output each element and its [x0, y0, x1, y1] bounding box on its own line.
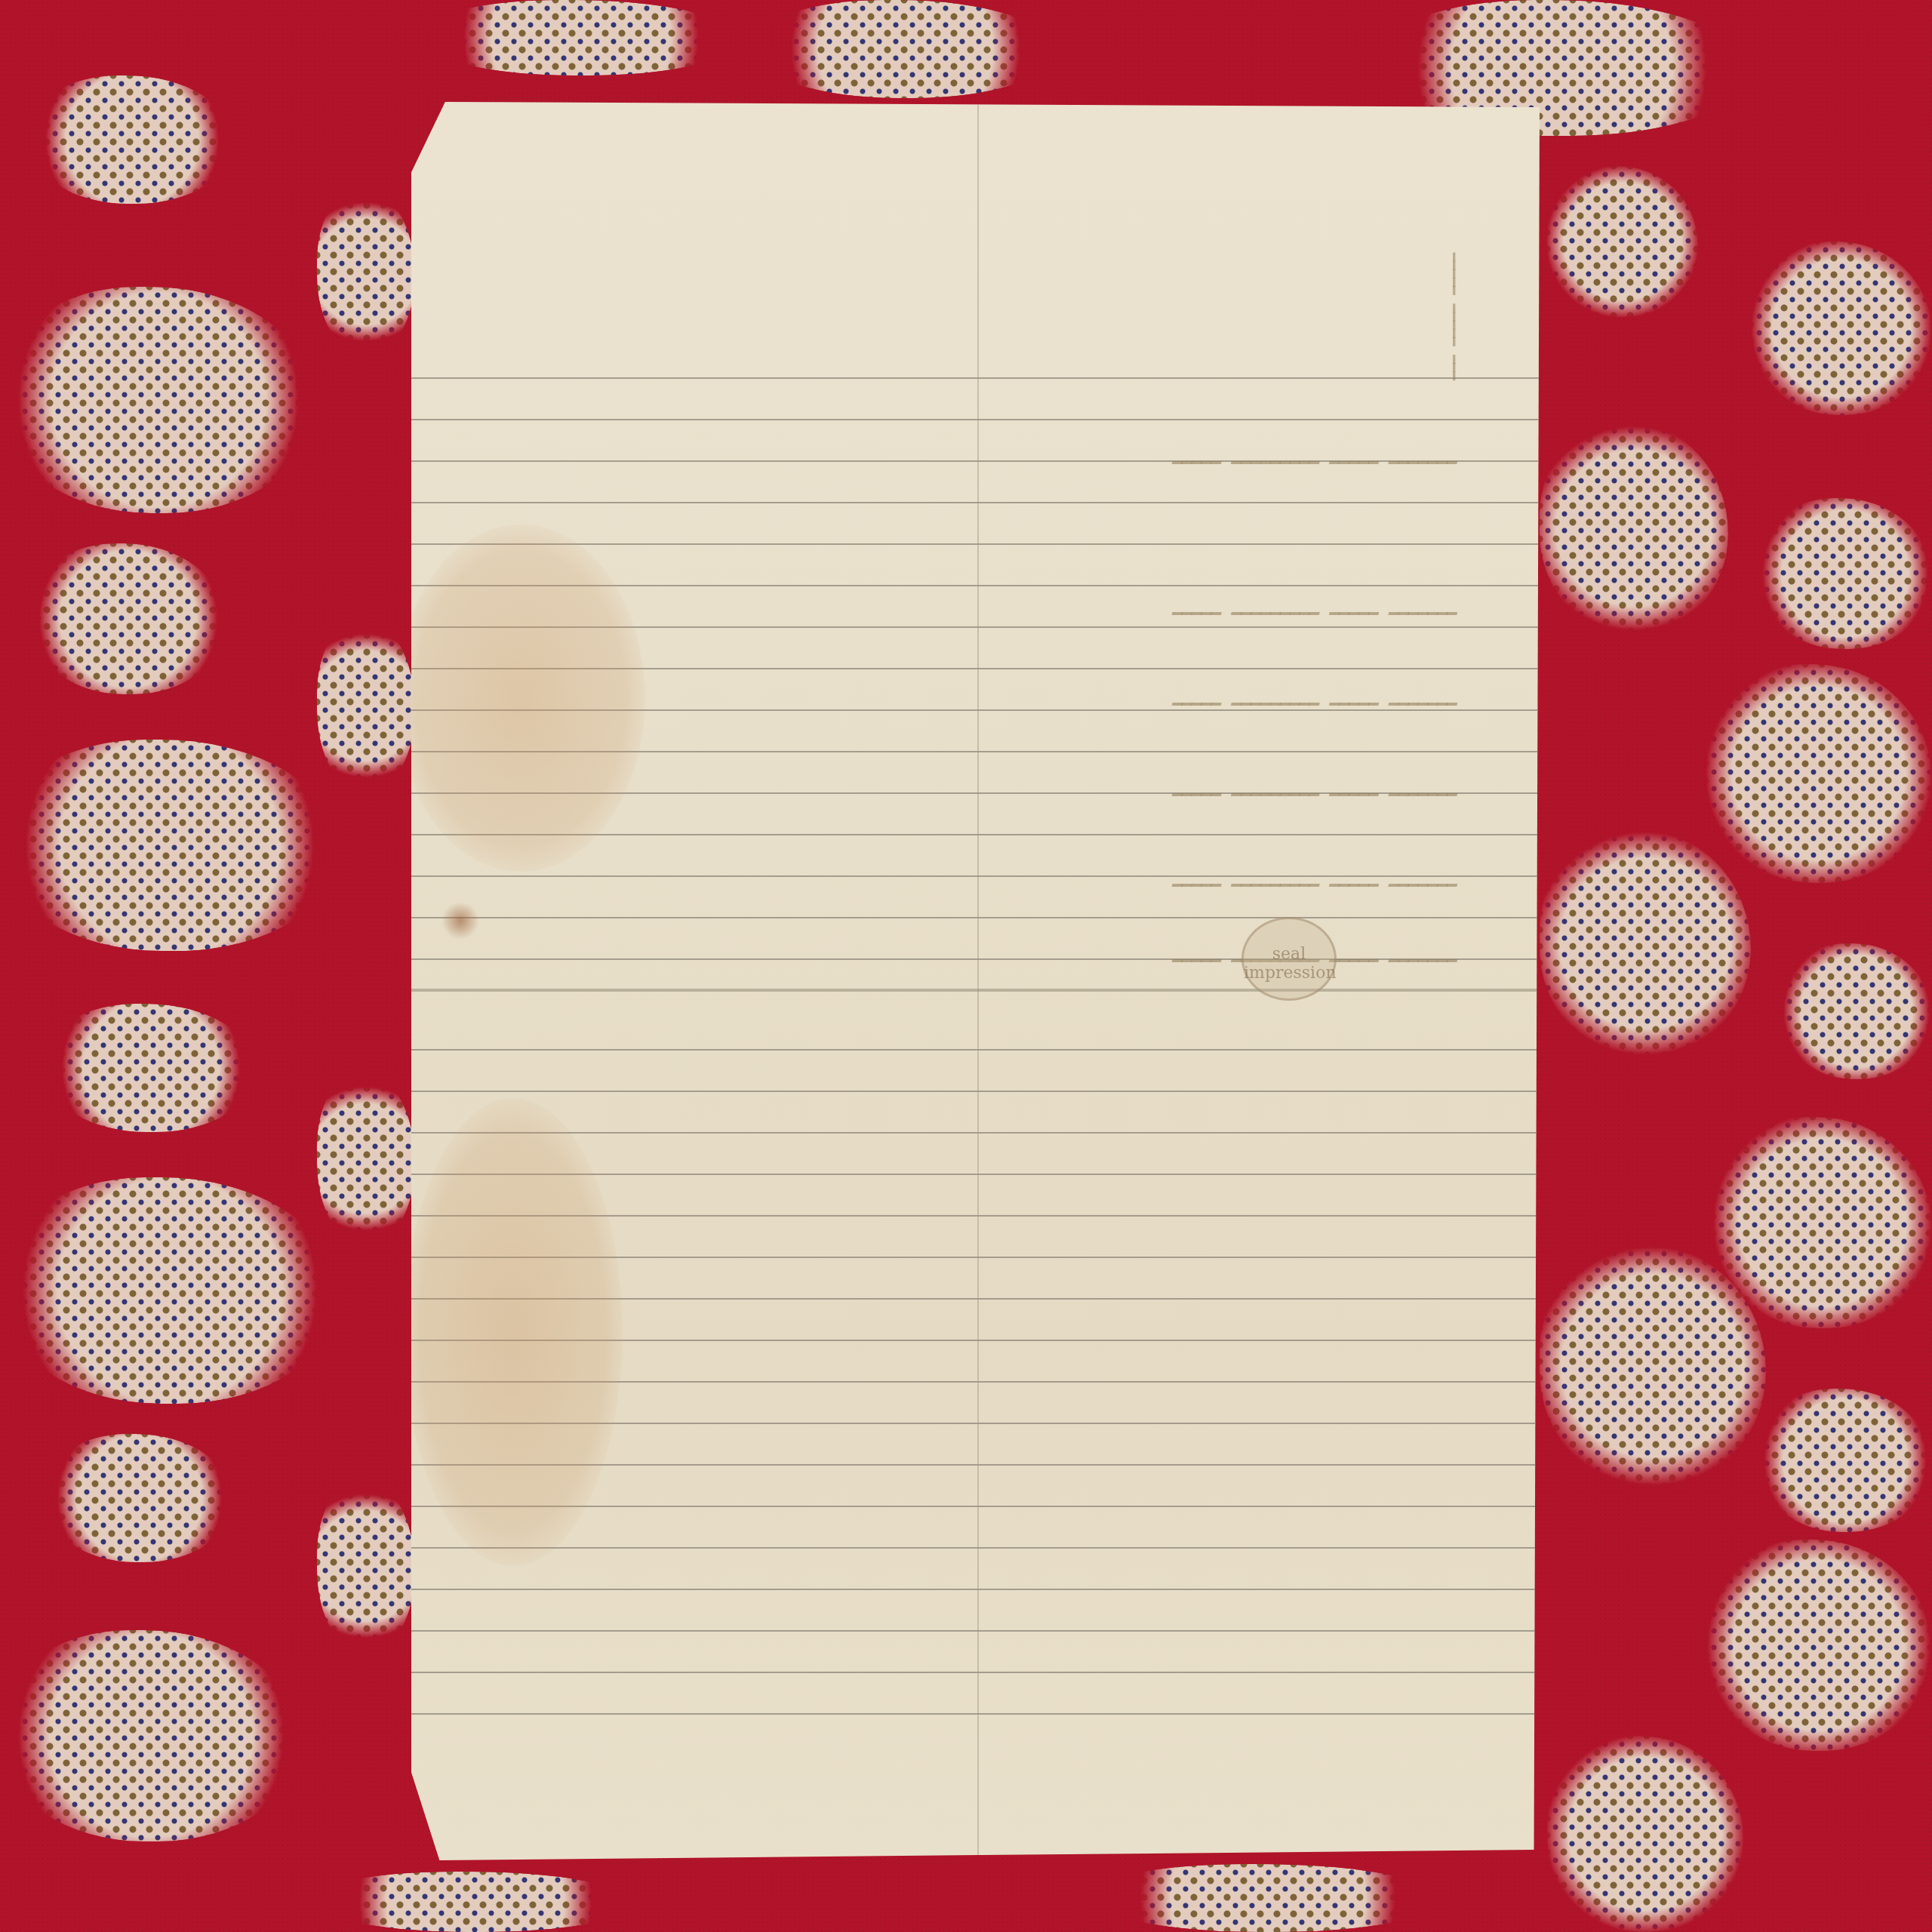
rule-line — [411, 1547, 1540, 1549]
textile-motif — [1540, 423, 1728, 634]
rule-line — [411, 1132, 1540, 1134]
textile-motif — [45, 1434, 234, 1562]
seal-label: seal impression — [1244, 945, 1334, 983]
textile-motif — [0, 740, 340, 951]
rule-line — [411, 1091, 1540, 1092]
handwriting-line: ـــــــ ـــــ ـــــــــ ـــــ — [762, 585, 1457, 623]
rule-line — [411, 377, 1540, 379]
textile-motif — [1706, 664, 1932, 883]
rule-line — [411, 1630, 1540, 1632]
textile-motif — [423, 0, 740, 75]
rule-line — [411, 1049, 1540, 1051]
textile-motif — [1781, 943, 1932, 1079]
textile-motif — [30, 75, 234, 204]
seal-impression: seal impression — [1241, 917, 1337, 1001]
textile-motif — [317, 1072, 415, 1245]
handwriting-line: ـــــــ ـــــ ـــــــــ ـــــ — [762, 675, 1457, 714]
textile-motif — [317, 619, 415, 792]
rule-line — [411, 1713, 1540, 1715]
handwriting-line: ـــــــ ـــــ ـــــــــ ـــــ — [853, 434, 1457, 472]
textile-motif — [317, 189, 415, 355]
textile-motif — [755, 0, 1057, 98]
rule-line — [411, 1589, 1540, 1590]
textile-motif — [1713, 1117, 1932, 1328]
water-stain — [441, 902, 479, 940]
horizontal-fold — [411, 989, 1540, 992]
textile-motif — [1094, 1864, 1441, 1932]
rule-line — [411, 502, 1540, 503]
vertical-fold — [977, 102, 979, 1860]
handwriting-line: ـــــــ ـــــ ـــــــــ ـــــ — [762, 766, 1457, 804]
textile-motif — [1540, 830, 1751, 1057]
rule-line — [411, 1672, 1540, 1673]
letter-paper: ـــــــ ـــــ ـــــــــ ـــــ ـــــــ ــ… — [411, 102, 1540, 1860]
textile-motif — [1547, 166, 1698, 317]
handwriting-line: ـــــــ ـــــ ـــــــــ ـــــ — [868, 932, 1457, 971]
textile-motif — [1706, 1540, 1932, 1751]
textile-motif — [1758, 498, 1932, 649]
textile-motif — [1758, 1389, 1932, 1532]
rule-line — [411, 543, 1540, 545]
rule-line — [411, 419, 1540, 420]
textile-motif — [0, 1177, 340, 1404]
textile-motif — [30, 543, 226, 694]
textile-motif — [0, 287, 317, 513]
textile-motif — [1547, 1736, 1743, 1932]
textile-motif — [317, 1872, 634, 1932]
handwriting-line: ـــــــ ـــــ ـــــــــ ـــــ — [762, 857, 1457, 895]
margin-note: ـــ ـــــ ـــــ — [1389, 253, 1479, 743]
water-stain — [396, 525, 645, 872]
textile-motif — [0, 1630, 302, 1841]
textile-motif — [45, 1004, 257, 1132]
water-stain — [404, 1098, 623, 1566]
textile-motif — [317, 1479, 415, 1653]
rule-line — [411, 917, 1540, 918]
textile-motif — [1751, 241, 1932, 415]
